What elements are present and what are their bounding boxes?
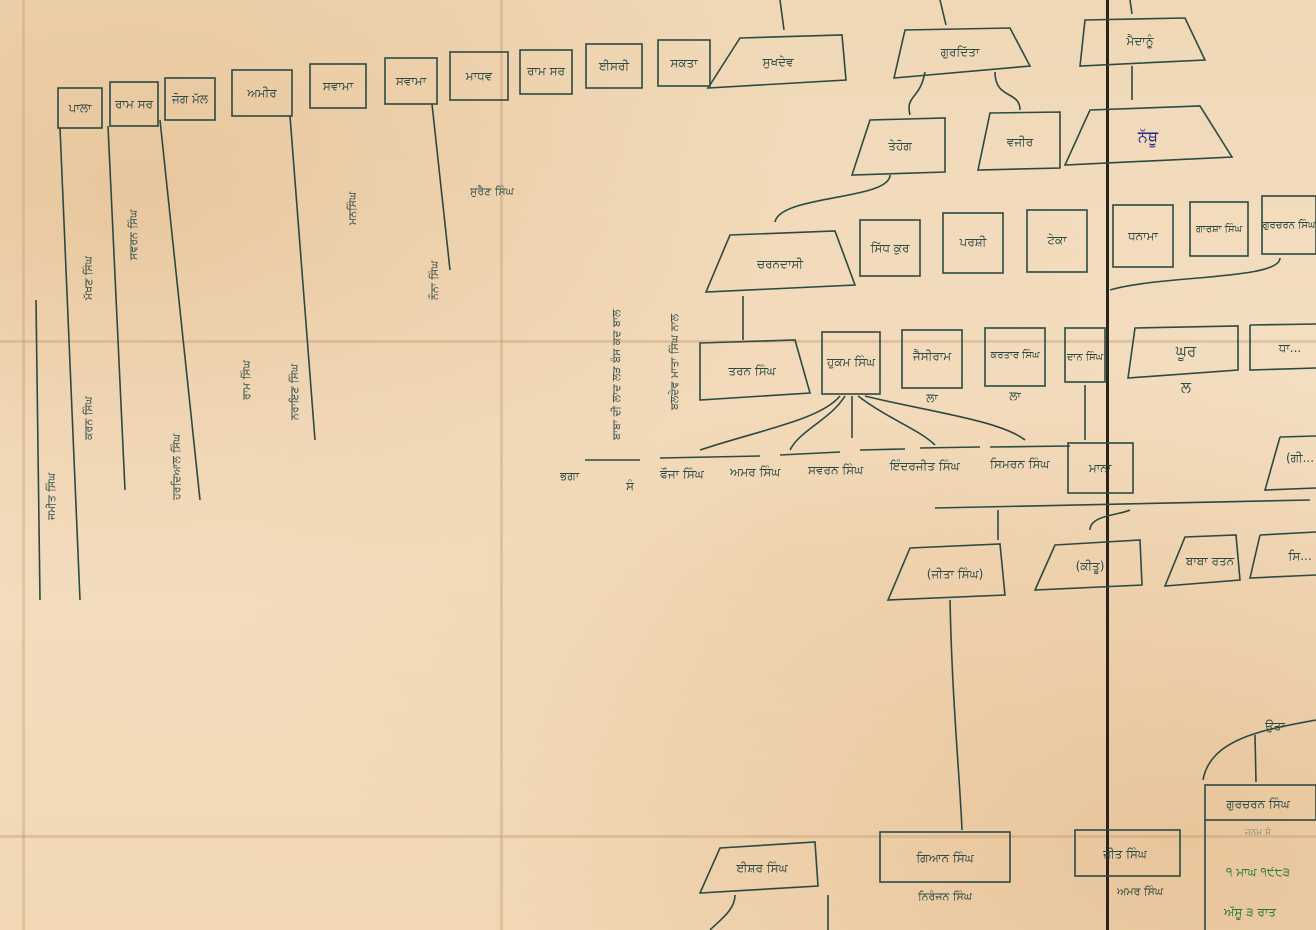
node-fourth-3: ਜੈਸੀਰਾਮ [912,349,952,363]
node-fifth-4: ਬਾਬਾ ਰਤਨ [1185,554,1235,568]
node-fourth-6: ਘੂਰ [1175,342,1197,360]
node-top-5: ਸਵਾਮਾ [322,79,354,93]
node-top-10: ਸਕਤਾ [669,56,698,70]
node-bottom-1: ਈਸ਼ਰ ਸਿੰਘ [735,861,788,875]
node-top-8: ਰਾਮ ਸਰ [526,64,566,78]
child-label-2: ਸੰ [625,479,635,493]
left-text-2: ਕਰਨ ਸਿੰਘ [82,395,95,441]
node-bottom-3: ਜੀਤ ਸਿੰਘ [1102,847,1148,861]
node-second-1: ਤੇਹੋਗ [887,139,912,153]
node-third-6: ਗਾਰਸ਼ਾ ਸਿੰਘ [1195,223,1243,235]
node-bottom-2-sub: ਨਿਰੰਜਨ ਸਿੰਘ [917,890,973,903]
left-text-8: ਮਨਸਿੰਘ [346,191,359,226]
top-right-label: ਉਤਾ [1264,719,1285,733]
node-top-11: ਸੁਖਦੇਵ [761,55,794,69]
left-text-5: ਹਰਦਿਆਲ ਸਿੰਘ [170,433,183,501]
node-top-6: ਸਵਾਮਾ [395,74,427,88]
node-bottom-4: ਗੁਰਚਰਨ ਸਿੰਘ [1225,797,1290,811]
annotation-2: ਅੱਸੂ ੩ ਰਾਤ [1223,905,1276,920]
node-fifth-5: ਸਿ... [1287,549,1311,563]
node-fourth-5: ਦਾਨ ਸਿੰਘ [1066,351,1104,363]
node-fourth-4: ਕਰਤਾਰ ਸਿੰਘ [990,349,1041,361]
under-mark-2: ਲਾ [1008,389,1021,403]
node-top-9: ਈਸਰੀ [598,59,630,73]
child-label-4: ਅਮਰ ਸਿੰਘ [729,465,781,479]
node-fifth-6: (ਗੀ... [1286,451,1314,465]
child-label-6: ਇੰਦਰਜੀਤ ਸਿੰਘ [889,459,961,473]
node-third-4: ਟੇਕਾ [1046,233,1067,247]
node-top-4: ਅਮੀਰ [246,86,277,100]
center-vertical-2: ਬਲਦੇਵ ਮਾਤਾ ਸਿੰਘ ਨਾਲ [668,313,681,411]
left-text-3: ਮੱਖਣ ਸਿੰਘ [82,255,95,301]
node-bottom-3-sub: ਅਮਰ ਸਿੰਘ [1116,885,1164,898]
under-mark-3: ਲ [1180,378,1192,396]
node-fourth-2: ਹੁਕਮ ਸਿੰਘ [826,355,876,369]
genealogy-sheet: ਪਾਲਾ ਰਾਮ ਸਰ ਜੋਗ ਮੱਲ ਅਮੀਰ ਸਵਾਮਾ ਸਵਾਮਾ ਮਾਧ… [0,0,1316,930]
node-second-2: ਵਜੀਰ [1006,135,1034,149]
node-fourth-1: ਤਰਨ ਸਿੰਘ [727,364,776,378]
node-fifth-2: (ਜੀਤਾ ਸਿੰਘ) [927,567,984,581]
annotation-date: ੧ ਮਾਘ ੧੯੮੩ [1226,865,1290,879]
node-third-3: ਪਰਸ਼ੀ [959,235,987,249]
child-label-7: ਸਿਮਰਨ ਸਿੰਘ [989,457,1050,471]
family-tree-diagram: ਪਾਲਾ ਰਾਮ ਸਰ ਜੋਗ ਮੱਲ ਅਮੀਰ ਸਵਾਮਾ ਸਵਾਮਾ ਮਾਧ… [0,0,1316,930]
left-text-6: ਰਾਮ ਸਿੰਘ [240,359,253,401]
under-mark-1: ਲਾ [925,391,938,405]
left-text-4: ਸਵਰਨ ਸਿੰਘ [127,209,140,261]
child-label-5: ਸਵਰਨ ਸਿੰਘ [807,463,864,477]
node-top-13: ਮੈਦਾਨੂੰ [1125,34,1153,49]
center-vertical-1: ਬਾਬਾ ਦੀ ਲਾਦ ਲੜ ਬੰਸ ਕਦ ਬਾਲ [610,309,623,441]
node-top-2: ਰਾਮ ਸਰ [114,97,154,111]
node-fifth-1: ਮਾਨਾ [1088,461,1112,475]
node-fifth-3: (ਕੀਤੂ) [1076,559,1105,574]
node-top-3: ਜੋਗ ਮੱਲ [171,92,209,106]
node-top-12: ਗੁਰਦਿੱਤਾ [940,45,980,59]
node-third-7: ਗੁਰਚਰਨ ਸਿੰਘ [1262,219,1316,231]
left-text-10: ਸੁਰੈਣ ਸਿੰਘ [469,185,515,198]
node-bottom-2: ਗਿਆਨ ਸਿੰਘ [915,851,974,865]
node-third-5: ਧਨਾਮਾ [1127,229,1158,243]
left-text-7: ਨਰਾਇਣ ਸਿੰਘ [288,363,301,421]
node-top-7: ਮਾਧਵ [465,69,493,83]
node-third-2: ਸਿੱਧ ਕੁਰ [870,241,910,255]
left-text-9: ਨੌਨਾ ਸਿੰਘ [428,260,441,301]
annotation-1: ਜਨਮ ਸੰ [1244,826,1272,838]
node-second-3: ਨੱਥੂ [1137,127,1159,147]
node-third-1: ਚਰਨਦਾਸੀ [756,257,803,271]
child-label-3: ਫੌਜਾ ਸਿੰਘ [659,467,705,481]
node-fourth-7: ਧਾ... [1278,341,1301,355]
left-text-1: ਜਮੀਤ ਸਿੰਘ [45,472,58,521]
node-top-1: ਪਾਲਾ [68,101,92,115]
child-label-1: ਭਗਾ [559,469,580,483]
